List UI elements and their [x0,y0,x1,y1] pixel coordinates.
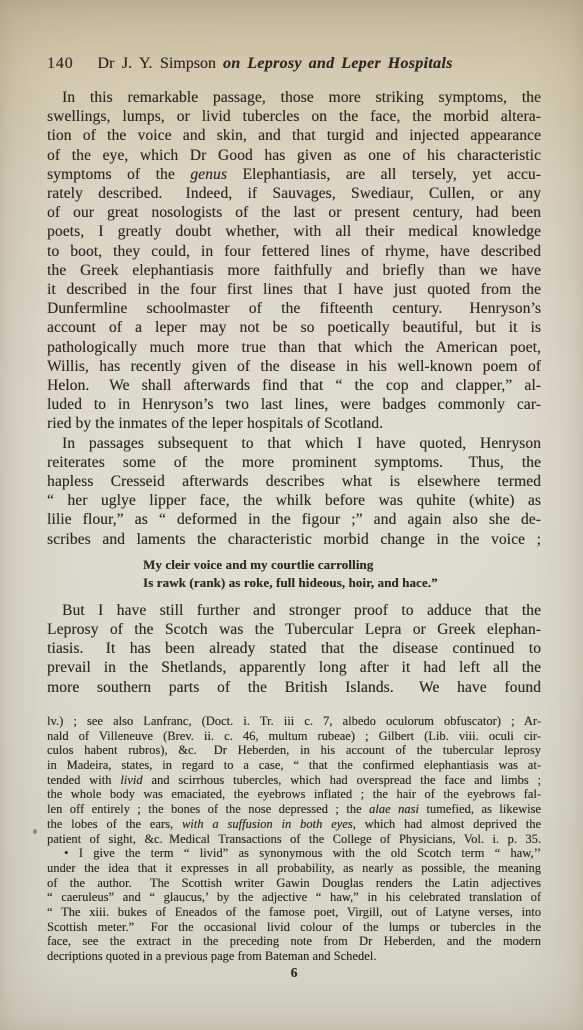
header-author: Dr J. Y. Simpson [97,55,216,72]
body-text-line: Leprosy of the Scotch was the Tubercular… [47,620,541,639]
body-text-line: Dunfermline schoolmaster of the fifteent… [47,299,541,318]
body-text-line: prevail in the Shetlands, apparently lon… [47,658,541,677]
body-text-line: swellings, lumps, or livid tubercles on … [47,107,541,126]
body-text-line: symptoms of the genus Elephantiasis, are… [47,165,541,184]
body-text-line: to boot, they could, in four fettered li… [47,242,541,261]
body-text-line: “ her uglye lipper face, the whilk befor… [47,491,541,510]
footnote-line: culos habent rubros), &c. Dr Heberden, i… [47,743,541,758]
body-text-line: account of a leper may not be so poetica… [47,318,541,337]
verse-line: My cleir voice and my courtlie carrollin… [143,556,541,574]
body-text-line: of our great nosologists of the last or … [47,203,541,222]
body-text-line: In this remarkable passage, those more s… [47,88,541,107]
page-number: 140 [47,55,73,72]
body-text-line: it described in the four first lines tha… [47,280,541,299]
body-text-line: lilie flour,” as “ deformed in the figou… [47,510,541,529]
body-text-line: pathologically much more true than that … [47,338,541,357]
body-text-line: luded to in Henryson’s two last lines, w… [47,395,541,414]
footnote-line: face, see the extract in the preceding n… [47,934,541,949]
verse-quote: My cleir voice and my courtlie carrollin… [47,556,541,592]
footnote-line: lv.) ; see also Lanfranc, (Doct. i. Tr. … [47,714,541,729]
page-content: 140Dr J. Y. Simpson on Leprosy and Leper… [47,54,541,981]
footnote-line: • I give the term “ livid” as synonymous… [47,846,541,861]
footnote-line: patient of sight, &c. Medical Transactio… [47,832,541,847]
footnote-block: lv.) ; see also Lanfranc, (Doct. i. Tr. … [47,714,541,964]
body-text-line: of the eye, which Dr Good has given as o… [47,146,541,165]
footnote-line: tended with livid and scirrhous tubercle… [47,773,541,788]
running-header: 140Dr J. Y. Simpson on Leprosy and Leper… [47,54,541,73]
footnote-line: of the author. The Scottish writer Gawin… [47,876,541,891]
body-text-line: scribes and laments the characteristic m… [47,530,541,549]
body-text-line: more southern parts of the British Islan… [47,678,541,697]
body-text-line: the Greek elephantiasis more faithfully … [47,261,541,280]
body-text-line: reiterates some of the more prominent sy… [47,453,541,472]
signature-mark: 6 [47,965,541,981]
footnote-line: decriptions quoted in a previous page fr… [47,949,541,964]
body-text-line: tion of the voice and skin, and that tur… [47,126,541,145]
footnote-line: len off entirely ; the bones of the nose… [47,802,541,817]
footnote-line: the lobes of the ears, with a suffusion … [47,817,541,832]
paragraph-3: But I have still further and stronger pr… [47,601,541,697]
header-title: on Leprosy and Leper Hospitals [223,55,453,72]
body-text-line: Helon. We shall afterwards find that “ t… [47,376,541,395]
margin-speck [33,829,37,834]
footnote-line: “ caeruleus” and “ glaucus,’ by the adje… [47,890,541,905]
verse-line: Is rawk (rank) as roke, full hideous, ho… [143,574,541,592]
body-text-line: But I have still further and stronger pr… [47,601,541,620]
body-text-line: tiasis. It has been already stated that … [47,639,541,658]
paragraph-2: In passages subsequent to that which I h… [47,434,541,549]
footnote-line: nald of Villeneuve (Brev. ii. c. 46, mul… [47,729,541,744]
footnote-line: in Madeira, states, in regard to a case,… [47,758,541,773]
body-text-line: In passages subsequent to that which I h… [47,434,541,453]
body-text-line: poets, I greatly doubt whether, with all… [47,222,541,241]
body-text-line: hapless Cresseid afterwards describes wh… [47,472,541,491]
main-text: In this remarkable passage, those more s… [47,88,541,697]
body-text-line: ried by the inmates of the leper hospita… [47,414,541,433]
body-text-line: Willis, has recently given of the diseas… [47,357,541,376]
body-text-line: rately described. Indeed, if Sauvages, S… [47,184,541,203]
paragraph-1: In this remarkable passage, those more s… [47,88,541,434]
footnote-line: the whole body was emaciated, the eyebro… [47,787,541,802]
footnote-line: “ The xiii. bukes of Eneados of the famo… [47,905,541,920]
footnote-line: under the idea that it expresses in all … [47,861,541,876]
footnote-line: Scottish meter.” For the occasional livi… [47,920,541,935]
